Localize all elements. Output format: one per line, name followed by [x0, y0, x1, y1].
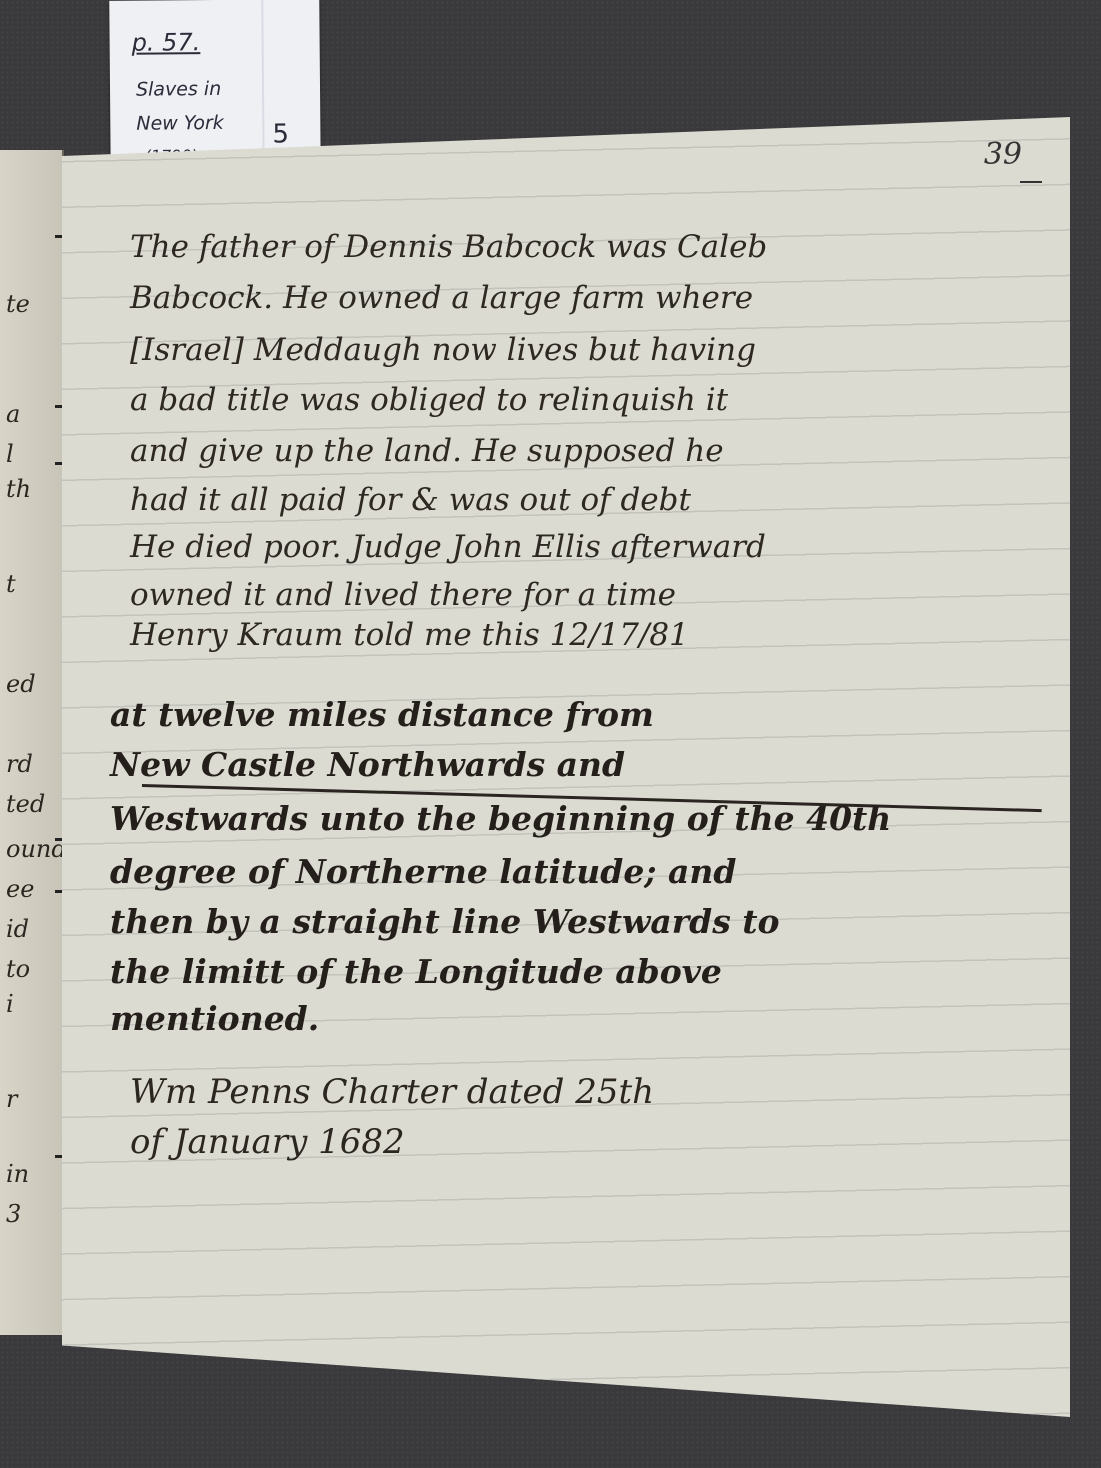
left-fragment: ed	[6, 670, 36, 698]
slip-number: 5	[272, 119, 289, 149]
entry2-line: degree of Northerne latitude; and	[110, 852, 736, 891]
slip-page-reference: p. 57.	[131, 28, 200, 57]
entry3-line: Wm Penns Charter dated 25th	[130, 1072, 654, 1112]
entry2-line: mentioned.	[110, 999, 319, 1038]
slip-fold	[261, 0, 264, 160]
entry2-line: New Castle Northwards and	[110, 745, 625, 784]
left-fragment: rd	[6, 750, 33, 778]
left-fragment: to	[6, 955, 30, 983]
left-fragment: t	[6, 570, 16, 598]
entry1-line: a bad title was obliged to relinquish it	[130, 382, 728, 418]
left-fragment: i	[6, 990, 14, 1018]
page-number: 39	[984, 137, 1022, 172]
reference-slip: p. 57. Slaves in New York (1790) 5	[109, 0, 320, 173]
left-fragment: ee	[6, 875, 34, 903]
entry2-line: then by a straight line Westwards to	[110, 902, 780, 941]
left-fragment: id	[6, 915, 29, 943]
entry1-line: The father of Dennis Babcock was Caleb	[130, 229, 767, 265]
entry1-line: owned it and lived there for a time	[130, 577, 676, 613]
entry1-line: Babcock. He owned a large farm where	[130, 280, 753, 316]
left-fragment: ted	[6, 790, 45, 818]
notebook-page: 39 The father of Dennis Babcock was Cale…	[62, 117, 1070, 1417]
entry2-line: the limitt of the Longitude above	[110, 952, 722, 991]
slip-line-2: New York	[136, 112, 224, 135]
slip-line-1: Slaves in	[136, 78, 221, 101]
left-fragment: r	[6, 1085, 17, 1113]
entry1-line: and give up the land. He supposed he	[130, 433, 724, 469]
entry1-signoff: Henry Kraum told me this 12/17/81	[130, 617, 689, 653]
entry2-line: at twelve miles distance from	[110, 695, 654, 734]
left-fragment: 3	[6, 1200, 21, 1228]
entry1-line: He died poor. Judge John Ellis afterward	[130, 529, 766, 565]
entry3-line: of January 1682	[130, 1122, 405, 1162]
left-fragment: a	[6, 400, 20, 428]
entry1-line: [Israel] Meddaugh now lives but having	[130, 332, 756, 368]
left-fragment: te	[6, 290, 30, 318]
left-fragment: in	[6, 1160, 29, 1188]
entry2-line: Westwards unto the beginning of the 40th	[110, 799, 891, 838]
left-fragment: th	[6, 475, 31, 503]
left-fragment: l	[6, 440, 14, 468]
entry1-line: had it all paid for & was out of debt	[130, 482, 691, 518]
